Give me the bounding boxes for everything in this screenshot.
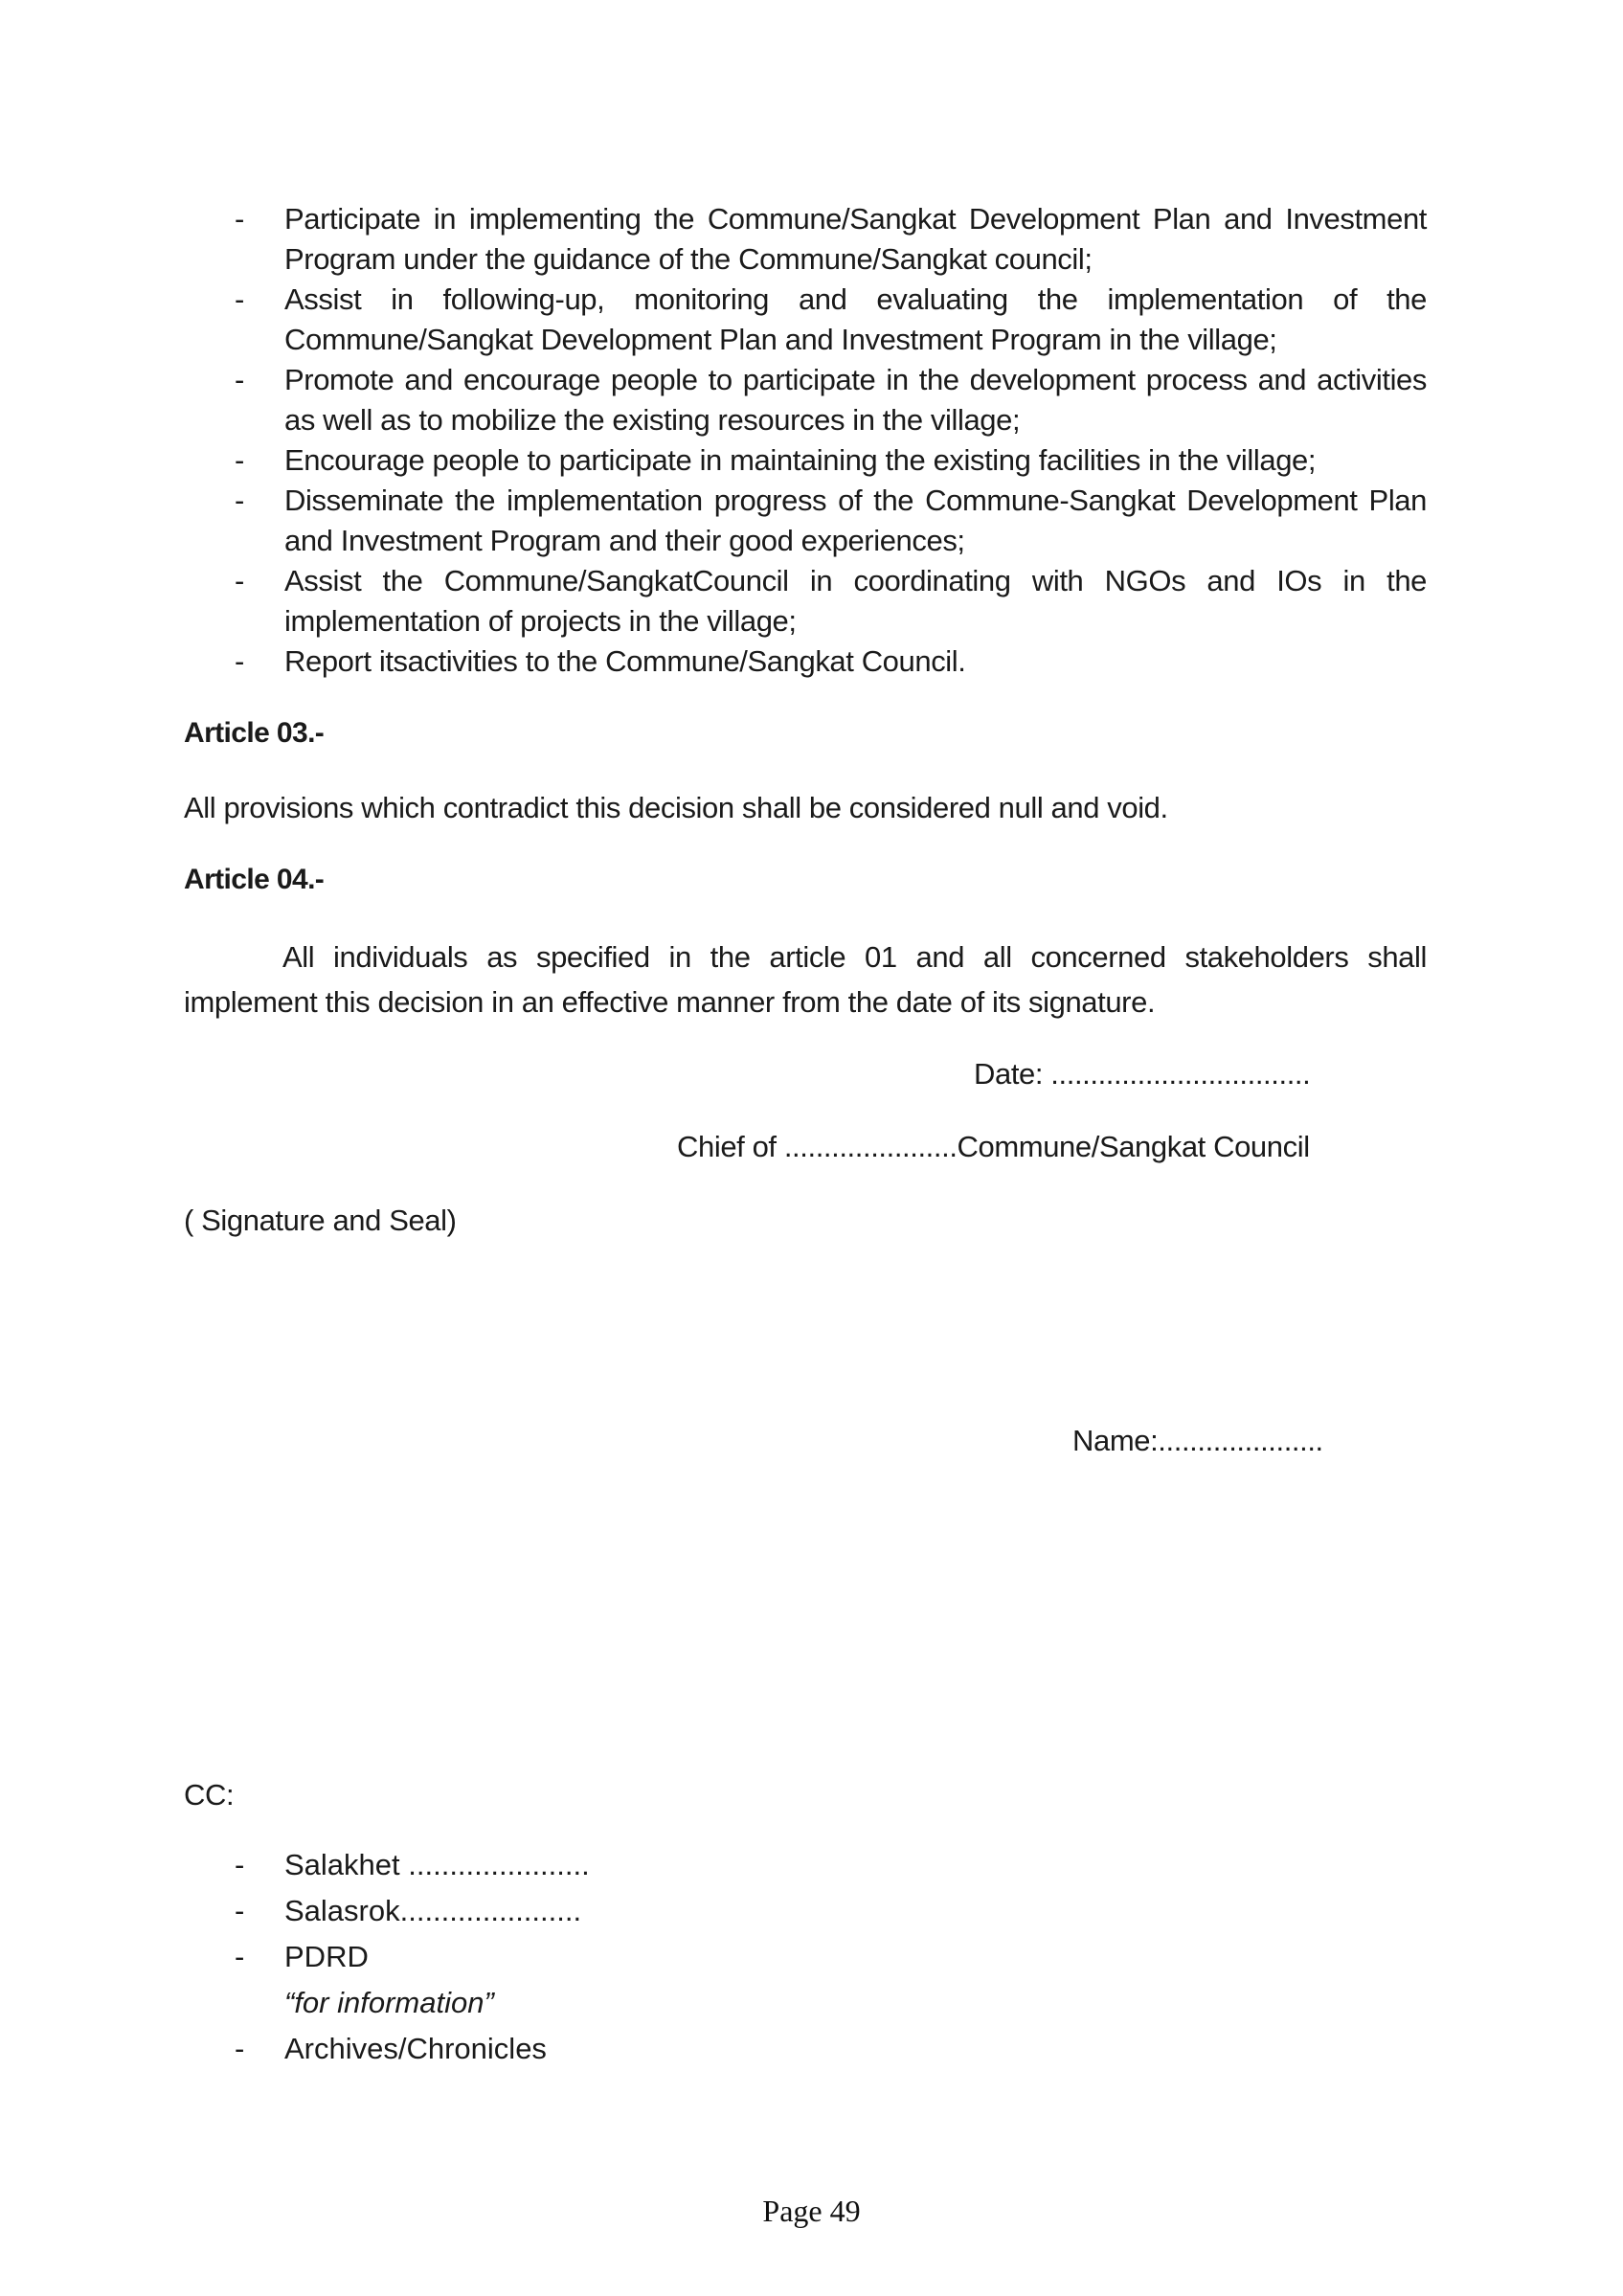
document-page: -Participate in implementing the Commune… [0, 0, 1623, 2296]
date-field: Date: ................................. [974, 1054, 1310, 1094]
bullet-dash: - [235, 1842, 244, 1888]
name-field: Name:..................... [1072, 1421, 1323, 1461]
list-item-text: Disseminate the implementation progress … [284, 484, 1427, 557]
cc-item-text: “for information” [284, 1986, 494, 2019]
cc-item: -Salasrok...................... [235, 1888, 590, 1934]
article-03-heading: Article 03.- [184, 713, 324, 754]
list-item-text: Assist in following-up, monitoring and e… [284, 282, 1427, 356]
list-item: -Assist in following-up, monitoring and … [235, 280, 1427, 360]
article-04-heading: Article 04.- [184, 860, 324, 900]
bullet-dash: - [235, 642, 244, 682]
cc-item-text: Salakhet ...................... [284, 1848, 590, 1881]
list-item: -Promote and encourage people to partici… [235, 360, 1427, 440]
cc-item-text: PDRD [284, 1940, 369, 1973]
article-04-text: All individuals as specified in the arti… [184, 934, 1427, 1024]
list-item: -Report itsactivities to the Commune/San… [235, 642, 1427, 682]
cc-item-text: Archives/Chronicles [284, 2032, 547, 2065]
cc-item: -Archives/Chronicles [235, 2026, 590, 2072]
duties-list: -Participate in implementing the Commune… [235, 199, 1427, 682]
bullet-dash: - [235, 481, 244, 521]
cc-item: -Salakhet ...................... [235, 1842, 590, 1888]
bullet-dash: - [235, 561, 244, 601]
cc-item-note: “for information” [235, 1980, 590, 2026]
bullet-dash: - [235, 360, 244, 400]
chief-of-council-line: Chief of ......................Commune/S… [677, 1127, 1310, 1167]
list-item: -Assist the Commune/SangkatCouncil in co… [235, 561, 1427, 642]
cc-item-text: Salasrok...................... [284, 1894, 581, 1927]
cc-label: CC: [184, 1775, 234, 1815]
signature-and-seal-label: ( Signature and Seal) [184, 1201, 457, 1241]
list-item-text: Promote and encourage people to particip… [284, 363, 1427, 437]
cc-item: -PDRD [235, 1934, 590, 1980]
bullet-dash: - [235, 199, 244, 239]
bullet-dash: - [235, 280, 244, 320]
list-item: -Encourage people to participate in main… [235, 440, 1427, 481]
list-item: -Disseminate the implementation progress… [235, 481, 1427, 561]
bullet-dash: - [235, 1888, 244, 1934]
list-item-text: Encourage people to participate in maint… [284, 443, 1316, 477]
article-03-text: All provisions which contradict this dec… [184, 788, 1427, 828]
list-item-text: Report itsactivities to the Commune/Sang… [284, 644, 966, 678]
list-item-text: Participate in implementing the Commune/… [284, 202, 1427, 276]
bullet-dash: - [235, 2026, 244, 2072]
cc-list: -Salakhet ...................... -Salasr… [235, 1842, 590, 2072]
list-item-text: Assist the Commune/SangkatCouncil in coo… [284, 564, 1427, 638]
page-number: Page 49 [0, 2194, 1623, 2229]
bullet-dash: - [235, 440, 244, 481]
bullet-dash: - [235, 1934, 244, 1980]
list-item: -Participate in implementing the Commune… [235, 199, 1427, 280]
